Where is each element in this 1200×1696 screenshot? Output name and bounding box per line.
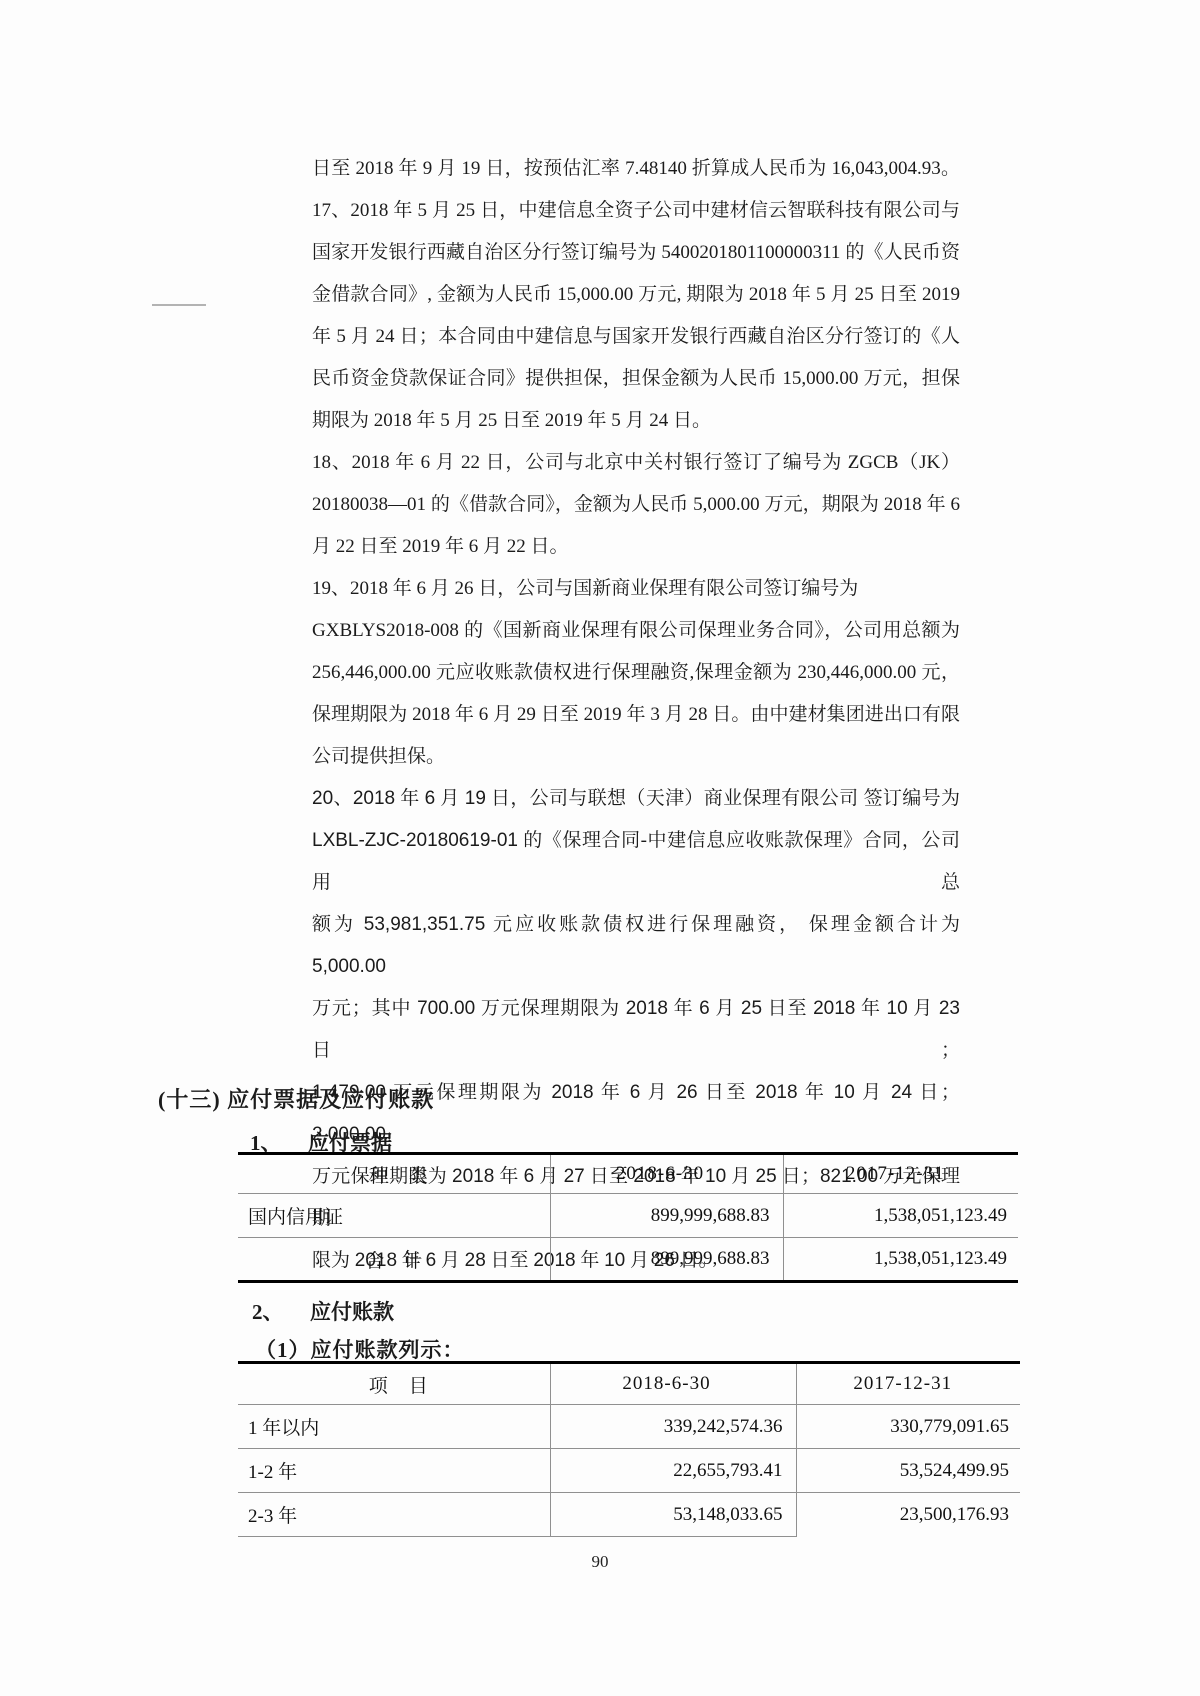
body-text-line: 公司提供担保。 (312, 736, 960, 778)
body-text-line: 17、2018 年 5 月 25 日，中建信息全资子公司中建材信云智联科技有限公… (312, 190, 960, 232)
cell-2017-12-31: 330,779,091.65 (796, 1405, 1020, 1449)
cell-aging-item: 项 目 (238, 1363, 550, 1405)
body-text-line: 保理期限为 2018 年 6 月 29 日至 2019 年 3 月 28 日。由… (312, 694, 960, 736)
cell-2017-12-31: 1,538,051,123.49 (783, 1238, 1018, 1282)
cell-aging-item: 2-3 年 (238, 1493, 550, 1537)
body-text-line: 年 5 月 24 日；本合同由中建信息与国家开发银行西藏自治区分行签订的《人 (312, 316, 960, 358)
cell-2018-06-30: 899,999,688.83 (550, 1194, 783, 1238)
body-text-line: 月 22 日至 2019 年 6 月 22 日。 (312, 526, 960, 568)
body-text-line: 256,446,000.00 元应收账款债权进行保理融资,保理金额为 230,4… (312, 652, 960, 694)
cell-category: 合 计 (238, 1238, 550, 1282)
notes-payable-table: 种 类 2018-6-30 2017-12-31 国内信用证 899,999,6… (238, 1152, 1018, 1283)
subsection-title: 应付账款 (310, 1300, 394, 1324)
accounts-payable-list-label: （1）应付账款列示： (255, 1334, 465, 1364)
body-text-line: 国家开发银行西藏自治区分行签订编号为 5400201801100000311 的… (312, 232, 960, 274)
cell-2017-12-31: 1,538,051,123.49 (783, 1194, 1018, 1238)
table-row: 1 年以内 339,242,574.36 330,779,091.65 (238, 1405, 1020, 1449)
cell-2018-06-30: 2018-6-30 (550, 1363, 796, 1405)
cell-2018-06-30: 53,148,033.65 (550, 1493, 796, 1537)
cell-2017-12-31: 2017-12-31 (796, 1363, 1020, 1405)
cell-2018-06-30: 339,242,574.36 (550, 1405, 796, 1449)
cell-2018-06-30: 899,999,688.83 (550, 1238, 783, 1282)
cell-category: 国内信用证 (238, 1194, 550, 1238)
margin-mark (152, 304, 206, 306)
table-row: 国内信用证 899,999,688.83 1,538,051,123.49 (238, 1194, 1018, 1238)
cell-2018-06-30: 2018-6-30 (550, 1154, 783, 1194)
body-text-line: LXBL-ZJC-20180619-01 的《保理合同-中建信息应收账款保理》合… (312, 820, 960, 904)
cell-aging-item: 1-2 年 (238, 1449, 550, 1493)
body-text-line: 20、2018 年 6 月 19 日，公司与联想（天津）商业保理有限公司 签订编… (312, 778, 960, 820)
body-text-line: 万元；其中 700.00 万元保理期限为 2018 年 6 月 25 日至 20… (312, 988, 960, 1072)
body-text-line: 金借款合同》, 金额为人民币 15,000.00 万元, 期限为 2018 年 … (312, 274, 960, 316)
body-text-line: 民币资金贷款保证合同》提供担保，担保金额为人民币 15,000.00 万元，担保 (312, 358, 960, 400)
body-text-line: GXBLYS2018-008 的《国新商业保理有限公司保理业务合同》，公司用总额… (312, 610, 960, 652)
body-text-line: 额为 53,981,351.75 元应收账款债权进行保理融资， 保理金额合计为 … (312, 904, 960, 988)
subsection-number: 2、 (252, 1296, 310, 1326)
page-number: 90 (0, 1552, 1200, 1572)
body-text-line: 18、2018 年 6 月 22 日，公司与北京中关村银行签订了编号为 ZGCB… (312, 442, 960, 484)
table-row: 2-3 年 53,148,033.65 23,500,176.93 (238, 1493, 1020, 1537)
document-page: 日至 2018 年 9 月 19 日，按预估汇率 7.48140 折算成人民币为… (0, 0, 1200, 1696)
cell-2017-12-31: 2017-12-31 (783, 1154, 1018, 1194)
cell-2018-06-30: 22,655,793.41 (550, 1449, 796, 1493)
table-row: 1-2 年 22,655,793.41 53,524,499.95 (238, 1449, 1020, 1493)
accounts-payable-table: 项 目 2018-6-30 2017-12-31 1 年以内 339,242,5… (238, 1361, 1020, 1537)
cell-2017-12-31: 53,524,499.95 (796, 1449, 1020, 1493)
body-text-line: 20180038—01 的《借款合同》，金额为人民币 5,000.00 万元，期… (312, 484, 960, 526)
subsection-accounts-payable: 2、应付账款 (252, 1296, 394, 1326)
body-text-line: 期限为 2018 年 5 月 25 日至 2019 年 5 月 24 日。 (312, 400, 960, 442)
cell-aging-item: 1 年以内 (238, 1405, 550, 1449)
table-row: 种 类 2018-6-30 2017-12-31 (238, 1154, 1018, 1194)
cell-2017-12-31: 23,500,176.93 (796, 1493, 1020, 1537)
body-text-line: 19、2018 年 6 月 26 日，公司与国新商业保理有限公司签订编号为 (312, 568, 960, 610)
body-text-line: 日至 2018 年 9 月 19 日，按预估汇率 7.48140 折算成人民币为… (312, 148, 960, 190)
section-heading-notes-and-accounts-payable: (十三) 应付票据及应付账款 (158, 1083, 434, 1114)
table-row: 项 目 2018-6-30 2017-12-31 (238, 1363, 1020, 1405)
cell-category: 种 类 (238, 1154, 550, 1194)
table-row: 合 计 899,999,688.83 1,538,051,123.49 (238, 1238, 1018, 1282)
